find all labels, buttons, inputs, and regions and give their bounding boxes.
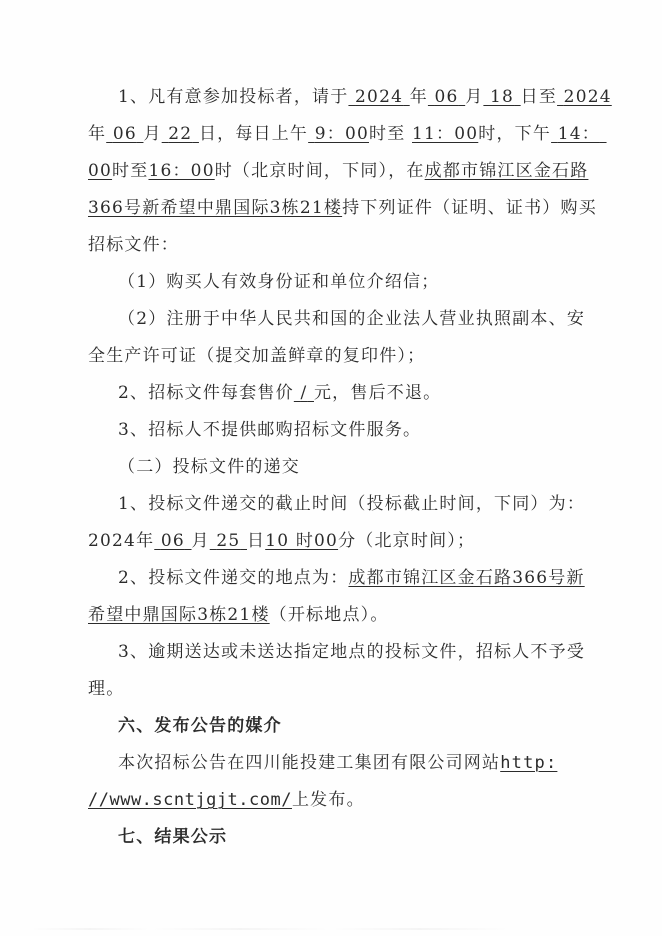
text: 时至 xyxy=(369,124,405,144)
text: 1、投标文件递交的截止时间（投标截止时间，下同）为： xyxy=(118,494,585,514)
text-line: 2024年 06 月 25 日10 时00分（北京时间）； xyxy=(88,530,475,552)
text: 时（北京时间，下同），在 xyxy=(215,161,425,181)
list-item-business-license: （2）注册于中华人民共和国的企业法人营业执照副本、安 xyxy=(118,308,585,330)
text: （开标地点）。 xyxy=(270,605,389,625)
section-heading-media: 六、发布公告的媒介 xyxy=(118,715,282,737)
end-year: 2024 xyxy=(557,87,612,107)
address: 成都市锦江区金石路 xyxy=(425,161,589,181)
am-end-time: 11：00 xyxy=(412,124,478,144)
deadline-month: 06 xyxy=(154,531,191,551)
document-page: 1、凡有意参加投标者，请于 2024 年 06 月 18 日至 2024 年 0… xyxy=(0,0,662,936)
paragraph-late-submission: 3、逾期送达或未送达指定地点的投标文件，招标人不予受 xyxy=(118,641,585,663)
text: 分（北京时间）； xyxy=(338,531,475,551)
text: 七、结果公示 xyxy=(118,827,227,847)
text: 本次招标公告在四川能投建工集团有限公司网站 xyxy=(118,753,500,773)
text: 2、投标文件递交的地点为： xyxy=(118,568,348,588)
text: 3、逾期送达或未送达指定地点的投标文件，招标人不予受 xyxy=(118,642,585,662)
end-day: 22 xyxy=(162,124,199,144)
paragraph-no-mail: 3、招标人不提供邮购招标文件服务。 xyxy=(118,419,421,441)
text-line: 年 06 月 22 日，每日上午 9：00时至 11：00时，下午 14： xyxy=(88,123,607,145)
text: 2、招标文件每套售价 xyxy=(118,383,294,403)
text-line: 希望中鼎国际3栋21楼（开标地点）。 xyxy=(88,604,389,626)
text: 六、发布公告的媒介 xyxy=(118,716,282,736)
text: 月 xyxy=(192,531,210,551)
submission-address-cont: 希望中鼎国际3栋21楼 xyxy=(88,605,270,625)
text: （2）注册于中华人民共和国的企业法人营业执照副本、安 xyxy=(118,309,585,329)
end-month: 06 xyxy=(106,124,143,144)
website-link-cont[interactable]: //www.scntjgjt.com/ xyxy=(88,790,292,810)
text: 2024年 xyxy=(88,531,154,551)
list-item-id-card: （1）购买人有效身份证和单位介绍信； xyxy=(118,271,439,293)
start-day: 18 xyxy=(483,87,520,107)
text-line: 366号新希望中鼎国际3栋21楼持下列证件（证明、证书）购买 xyxy=(88,197,597,219)
section-heading-submission: （二）投标文件的递交 xyxy=(118,456,300,478)
address-cont: 366号新希望中鼎国际3栋21楼 xyxy=(88,198,342,218)
start-month: 06 xyxy=(428,87,465,107)
text: 元，售后不退。 xyxy=(314,383,441,403)
text: 全生产许可证（提交加盖鲜章的复印件）； xyxy=(88,346,425,366)
deadline-day: 25 xyxy=(210,531,247,551)
scan-artifact xyxy=(30,928,630,930)
text: 日 xyxy=(247,531,265,551)
text: 月 xyxy=(143,124,161,144)
deadline-time: 10 时00 xyxy=(265,531,338,551)
text: 持下列证件（证明、证书）购买 xyxy=(342,198,597,218)
text: 年 xyxy=(410,87,428,107)
pm-start-time: 14： xyxy=(551,124,606,144)
text-line: 招标文件： xyxy=(88,234,179,256)
text: 月 xyxy=(465,87,483,107)
text-line: 理。 xyxy=(88,678,124,700)
text: 理。 xyxy=(88,679,124,699)
text: 1、凡有意参加投标者，请于 xyxy=(118,87,348,107)
submission-address: 成都市锦江区金石路366号新 xyxy=(348,568,584,588)
text: 时，下午 xyxy=(478,124,551,144)
text: （二）投标文件的递交 xyxy=(118,457,300,477)
text: 年 xyxy=(88,124,106,144)
text: 招标文件： xyxy=(88,235,179,255)
am-start-time: 9：00 xyxy=(308,124,369,144)
paragraph-document-price: 2、招标文件每套售价 / 元，售后不退。 xyxy=(118,382,441,404)
paragraph-publication: 本次招标公告在四川能投建工集团有限公司网站http: xyxy=(118,752,557,774)
start-year: 2024 xyxy=(348,87,409,107)
text: （1）购买人有效身份证和单位介绍信； xyxy=(118,272,439,292)
paragraph-bid-purchase-time: 1、凡有意参加投标者，请于 2024 年 06 月 18 日至 2024 xyxy=(118,86,612,108)
paragraph-location: 2、投标文件递交的地点为：成都市锦江区金石路366号新 xyxy=(118,567,585,589)
text: 日至 xyxy=(521,87,557,107)
text: 时至 xyxy=(112,161,148,181)
text: 3、招标人不提供邮购招标文件服务。 xyxy=(118,420,421,440)
text-line: 全生产许可证（提交加盖鲜章的复印件）； xyxy=(88,345,425,367)
text: 日，每日上午 xyxy=(199,124,308,144)
paragraph-deadline: 1、投标文件递交的截止时间（投标截止时间，下同）为： xyxy=(118,493,585,515)
section-heading-results: 七、结果公示 xyxy=(118,826,227,848)
text-line: 00时至16：00时（北京时间，下同），在成都市锦江区金石路 xyxy=(88,160,588,182)
website-link[interactable]: http: xyxy=(500,753,557,773)
price-value: / xyxy=(294,383,314,403)
text-line: //www.scntjgjt.com/上发布。 xyxy=(88,789,365,811)
pm-end-time: 16：00 xyxy=(148,161,214,181)
pm-start-time-cont: 00 xyxy=(88,161,112,181)
text: 上发布。 xyxy=(292,790,365,810)
